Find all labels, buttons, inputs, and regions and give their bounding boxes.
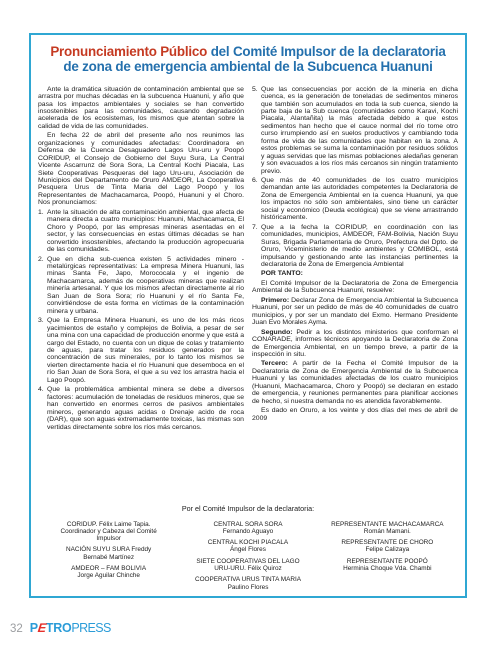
signature-line: Jorge Aguilar Chinche [40, 572, 177, 579]
signature-column-3: REPRESENTANTE MACHACAMARCA Román Mamani.… [319, 521, 456, 595]
item-text: Que más de 40 comunidades de los cuatro … [261, 177, 458, 222]
closing-paragraph: Es dado en Oruro, a los veinte y dos día… [252, 407, 458, 422]
signature-entry-nacion-suyu-sura: NACIÓN SUYU SURA Freddy Bernabé Martínez [40, 546, 177, 561]
list-item-1: 1. Ante la situación de alta contaminaci… [38, 209, 244, 254]
signature-entry-amdeor: AMDEOR – FAM BOLIVIA Jorge Aguilar Chinc… [40, 565, 177, 580]
signature-line: NACIÓN SUYU SURA Freddy [40, 546, 177, 553]
page-number: 32 [10, 623, 23, 635]
primero-label: Primero: [261, 297, 289, 304]
item-text: Que a la fecha la CORIDUP, en coordinaci… [261, 224, 458, 269]
item-text: Que la problemática ambiental minera se … [47, 386, 244, 431]
signature-line: AMDEOR – FAM BOLIVIA [40, 565, 177, 572]
tercero-label: Tercero: [261, 360, 288, 367]
item-number: 4. [38, 386, 47, 431]
signature-line: REPRESENTANTE MACHACAMARCA [319, 521, 456, 528]
signature-line: Felipe Calizaya [319, 546, 456, 553]
list-item-5: 5. Que las consecuencias por acción de l… [252, 86, 458, 175]
signature-entry-choro: REPRESENTANTE DE CHORO Felipe Calizaya [319, 539, 456, 554]
resolution-intro: El Comité Impulsor de la Declaratoria de… [252, 280, 458, 295]
logo-press: PRESS [71, 621, 110, 635]
title-line-1: Pronunciamiento Público del Comité Impul… [42, 45, 454, 60]
page-footer: 32 PETROPRESS [10, 621, 111, 635]
list-item-2: 2. Que en dicha sub-cuenca existen 5 act… [38, 256, 244, 316]
title-blue-text: del Comité Impulsor de la declaratoria [207, 44, 446, 59]
signature-entry-coridup: CORIDUP. Félix Laime Tapia. Coordinador … [40, 521, 177, 543]
item-number: 6. [252, 177, 261, 222]
item-text: Que la Empresa Minera Huanuni, es uno de… [47, 317, 244, 384]
signature-entry-machacamarca: REPRESENTANTE MACHACAMARCA Román Mamani. [319, 521, 456, 536]
title-red-text: Pronunciamiento Público [50, 44, 207, 59]
intro-paragraph-2: En fecha 22 de abril del presente año no… [38, 132, 244, 207]
right-column: 5. Que las consecuencias por acción de l… [252, 86, 458, 500]
por-tanto-heading: POR TANTO: [252, 270, 458, 277]
item-number: 7. [252, 224, 261, 269]
signature-line: Ángel Flores [179, 546, 316, 553]
signature-line: Coordinador y Cabeza del Comité [40, 528, 177, 535]
pronouncement-box: Pronunciamiento Público del Comité Impul… [29, 33, 467, 598]
signature-entry-poopo: REPRESENTANTE POOPÓ Herminia Choque Vda.… [319, 558, 456, 573]
list-item-4: 4. Que la problemática ambiental minera … [38, 386, 244, 431]
signature-line: Herminia Choque Vda. Chambi [319, 565, 456, 572]
signature-line: REPRESENTANTE POOPÓ [319, 558, 456, 565]
signature-line: CORIDUP. Félix Laime Tapia. [40, 521, 177, 528]
item-text: Que en dicha sub-cuenca existen 5 activi… [47, 256, 244, 316]
signature-line: REPRESENTANTE DE CHORO [319, 539, 456, 546]
page-title: Pronunciamiento Público del Comité Impul… [42, 45, 454, 75]
signature-entry-central-sora-sora: CENTRAL SORA SORA Fernando Aguayo [179, 521, 316, 536]
petropress-logo: PETROPRESS [30, 621, 111, 635]
resolution-segundo: Segundo: Pedir a los distintos ministeri… [252, 329, 458, 359]
item-number: 5. [252, 86, 261, 175]
list-item-6: 6. Que más de 40 comunidades de los cuat… [252, 177, 458, 222]
signature-heading: Por el Comité Impulsor de la declaratori… [38, 504, 458, 513]
signature-entry-cooperativa-urus: COOPERATIVA URUS TINTA MARIA Paulino Flo… [179, 576, 316, 591]
logo-tro: TRO [46, 621, 72, 635]
signature-line: Fernando Aguayo [179, 528, 316, 535]
intro-paragraph-1: Ante la dramática situación de contamina… [38, 86, 244, 131]
left-column: Ante la dramática situación de contamina… [38, 86, 244, 500]
signature-line: Paulino Flores [179, 584, 316, 591]
resolution-primero: Primero: Declarar Zona de Emergencia Amb… [252, 297, 458, 327]
signature-column-2: CENTRAL SORA SORA Fernando Aguayo CENTRA… [179, 521, 316, 595]
item-number: 3. [38, 317, 47, 384]
signature-column-1: CORIDUP. Félix Laime Tapia. Coordinador … [40, 521, 177, 595]
signature-line: CENTRAL SORA SORA [179, 521, 316, 528]
segundo-label: Segundo: [261, 329, 293, 336]
signature-line: URU-URU. Félix Quiroz [179, 565, 316, 572]
signatures-section: CORIDUP. Félix Laime Tapia. Coordinador … [38, 521, 458, 595]
signature-line: Román Mamani. [319, 528, 456, 535]
list-item-7: 7. Que a la fecha la CORIDUP, en coordin… [252, 224, 458, 269]
signature-entry-central-kochi-piacala: CENTRAL KOCHI PIACALA Ángel Flores [179, 539, 316, 554]
signature-line: Impulsor [40, 535, 177, 542]
item-text: Ante la situación de alta contaminación … [47, 209, 244, 254]
signature-entry-siete-cooperativas: SIETE COOPERATIVAS DEL LAGO URU-URU. Fél… [179, 558, 316, 573]
magazine-page: Pronunciamiento Público del Comité Impul… [0, 0, 498, 648]
two-column-body: Ante la dramática situación de contamina… [38, 86, 458, 500]
signature-line: Bernabé Martínez [40, 554, 177, 561]
tercero-text: A partir de la Fecha el Comité Impulsor … [252, 360, 458, 404]
title-line-2: de zona de emergencia ambiental de la Su… [42, 60, 454, 75]
signature-line: SIETE COOPERATIVAS DEL LAGO [179, 558, 316, 565]
item-number: 1. [38, 209, 47, 254]
item-number: 2. [38, 256, 47, 316]
item-text: Que las consecuencias por acción de la m… [261, 86, 458, 175]
signature-line: COOPERATIVA URUS TINTA MARIA [179, 576, 316, 583]
list-item-3: 3. Que la Empresa Minera Huanuni, es uno… [38, 317, 244, 384]
resolution-tercero: Tercero: A partir de la Fecha el Comité … [252, 360, 458, 405]
